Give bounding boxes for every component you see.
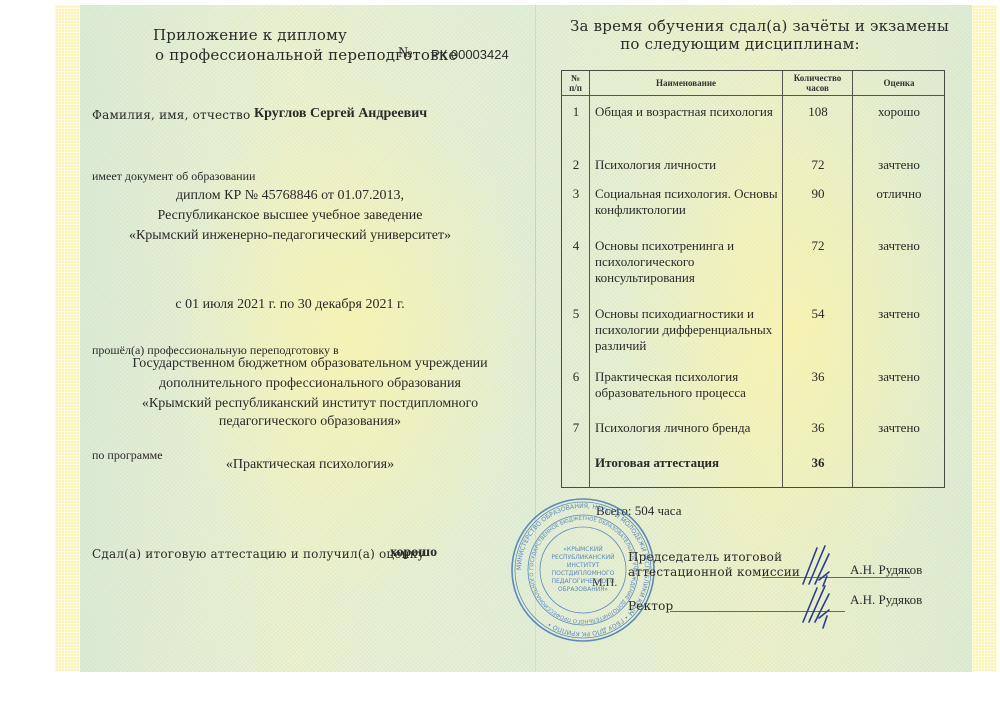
prior-diploma: диплом КР № 45768846 от 01.07.2013, [100, 188, 480, 204]
row-number: 5 [562, 306, 590, 322]
subject-name: Общая и возрастная психология [595, 104, 780, 120]
header-grade: Оценка [853, 71, 945, 95]
seal-label: М.П. [592, 575, 617, 590]
number-sign: № [398, 45, 412, 62]
institution-line-4: педагогического образования» [100, 414, 520, 430]
header-num: №п/п [562, 71, 589, 95]
diploma-number: РК 00003424 [431, 47, 509, 62]
subject-name: Основы психотренинга и психологического … [595, 238, 780, 286]
institution-line-1: Государственном бюджетном образовательно… [100, 356, 520, 372]
subject-hours: 36 [783, 369, 853, 385]
subject-name: Итоговая аттестация [595, 455, 780, 471]
subject-grade: зачтено [853, 420, 945, 436]
supplement-title: Приложение к диплому [150, 26, 350, 44]
subject-hours: 108 [783, 104, 853, 120]
subject-name: Основы психодиагностики и психологии диф… [595, 306, 780, 354]
rector-label: Ректор [628, 599, 673, 613]
subject-hours: 36 [783, 455, 853, 471]
subject-hours: 72 [783, 238, 853, 254]
prior-institution-name: «Крымский инженерно-педагогический униве… [100, 228, 480, 244]
rector-signature-icon [795, 582, 845, 630]
subjects-table: №п/п Наименование Количествочасов Оценка… [561, 70, 945, 488]
subject-name: Социальная психология. Основы конфликтол… [595, 186, 780, 218]
prior-education-label: имеет документ об образовании [92, 169, 255, 184]
header-hours: Количествочасов [783, 71, 852, 95]
subject-hours: 54 [783, 306, 853, 322]
row-number: 1 [562, 104, 590, 120]
subject-grade: хорошо [853, 104, 945, 120]
program-value: «Практическая психология» [150, 457, 470, 473]
prior-institution-type: Республиканское высшее учебное заведение [100, 208, 480, 224]
svg-text:«КРЫМСКИЙ: «КРЫМСКИЙ [563, 546, 602, 553]
chairman-name: А.Н. Рудяков [850, 562, 922, 578]
svg-text:ИНСТИТУТ: ИНСТИТУТ [567, 562, 600, 569]
subject-grade: зачтено [853, 306, 945, 322]
subject-hours: 36 [783, 420, 853, 436]
svg-text:РЕСПУБЛИКАНСКИЙ: РЕСПУБЛИКАНСКИЙ [551, 554, 614, 561]
row-number: 2 [562, 157, 590, 173]
final-grade: хорошо [390, 545, 437, 561]
subject-name: Психология личности [595, 157, 780, 173]
fio-label: Фамилия, имя, отчество [92, 108, 250, 122]
header-name: Наименование [590, 71, 782, 95]
row-number: 3 [562, 186, 590, 202]
study-period: с 01 июля 2021 г. по 30 декабря 2021 г. [100, 297, 480, 313]
subject-hours: 72 [783, 157, 853, 173]
subject-grade: отлично [853, 186, 945, 202]
subjects-title: За время обучения сдал(а) зачёты и экзам… [570, 17, 910, 35]
institution-line-2: дополнительного профессионального образо… [100, 376, 520, 392]
subject-grade: зачтено [853, 238, 945, 254]
row-number: 7 [562, 420, 590, 436]
subject-grade: зачтено [853, 157, 945, 173]
final-attestation-label: Сдал(а) итоговую аттестацию и получил(а)… [92, 547, 425, 561]
subjects-subtitle: по следующим дисциплинам: [570, 35, 910, 53]
row-number: 6 [562, 369, 590, 385]
subject-grade: зачтено [853, 369, 945, 385]
fio-value: Круглов Сергей Андреевич [254, 106, 427, 122]
left-border-stripe [55, 5, 80, 672]
institution-line-3: «Крымский республиканский институт постд… [100, 396, 520, 412]
chairman-label-line1: Председатель итоговой [628, 550, 782, 564]
subject-hours: 90 [783, 186, 853, 202]
row-number: 4 [562, 238, 590, 254]
right-border-stripe [972, 5, 997, 672]
subject-name: Психология личного бренда [595, 420, 780, 436]
subject-name: Практическая психология образовательного… [595, 369, 780, 401]
rector-name: А.Н. Рудяков [850, 592, 922, 608]
